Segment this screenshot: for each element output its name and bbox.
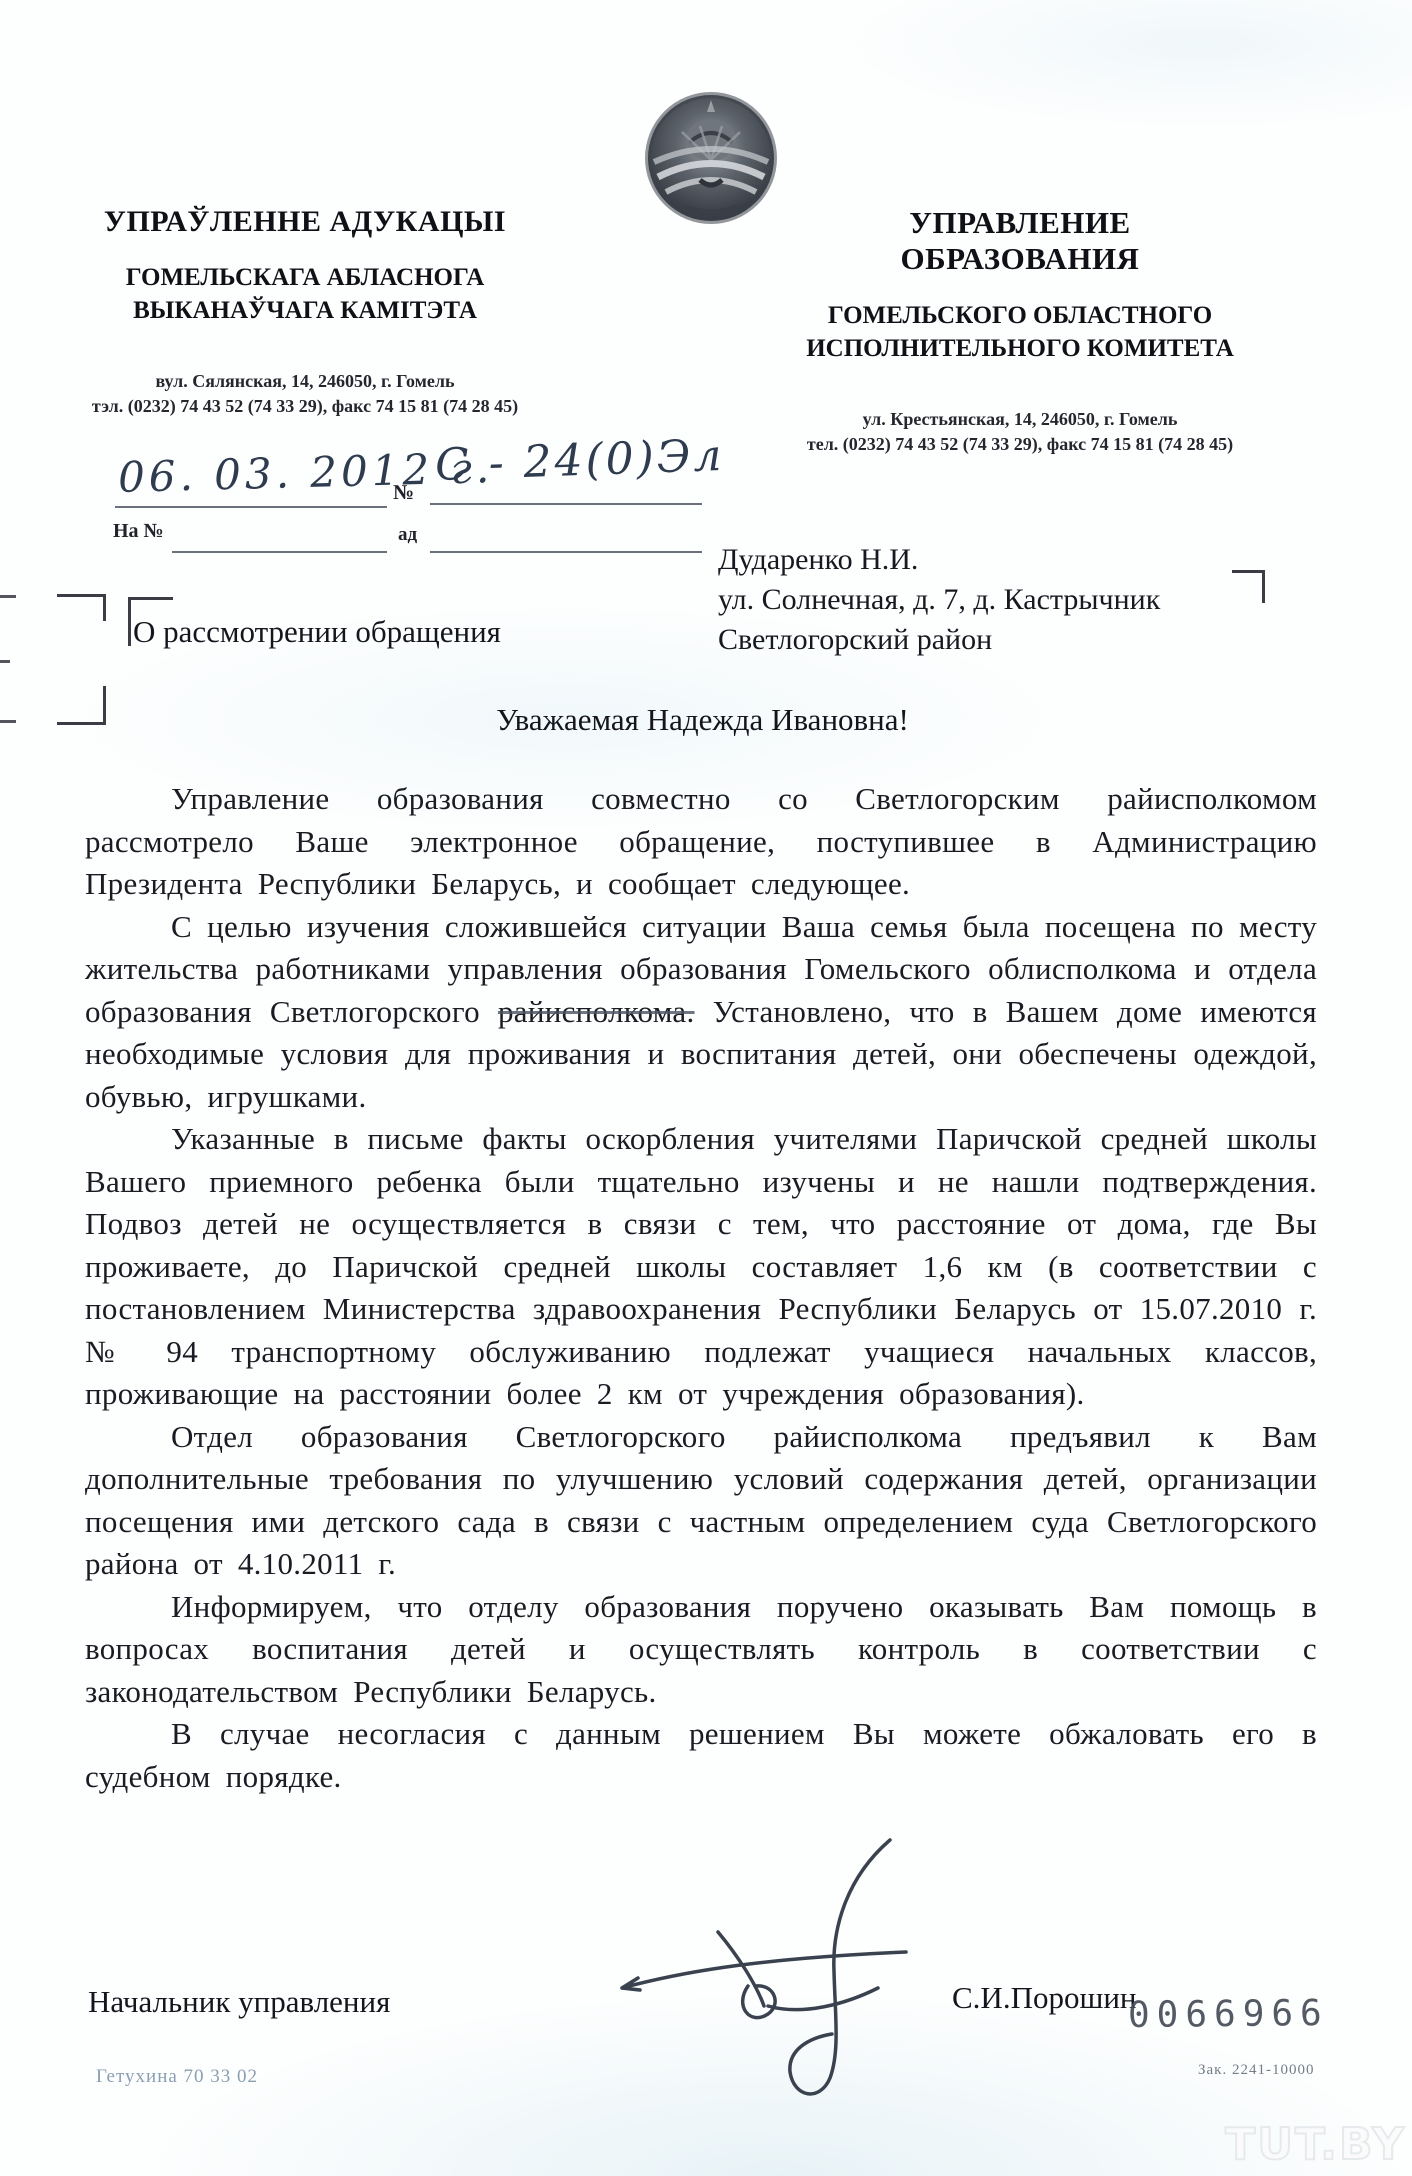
date-underline bbox=[115, 506, 387, 508]
salutation: Уважаемая Надежда Ивановна! bbox=[85, 702, 1320, 738]
subject-line: О рассмотрении обращения bbox=[133, 614, 501, 650]
paragraph-1: Управление образования совместно со Свет… bbox=[85, 778, 1317, 906]
org-name-russian: УПРАВЛЕНИЕ ОБРАЗОВАНИЯ bbox=[800, 205, 1240, 277]
org-phone-russian: тел. (0232) 74 43 52 (74 33 29), факс 74… bbox=[800, 432, 1240, 457]
scan-edge-artifact bbox=[0, 595, 16, 598]
paragraph-3: Указанные в письме факты оскорбления учи… bbox=[85, 1118, 1317, 1416]
scan-edge-artifact bbox=[0, 720, 16, 723]
handwritten-outgoing-number: С - 24(0)Эл bbox=[434, 430, 725, 491]
from-underline bbox=[430, 551, 702, 553]
org-phone-belarusian: тэл. (0232) 74 43 52 (74 33 29), факс 74… bbox=[70, 394, 540, 419]
letterhead-right: УПРАВЛЕНИЕ ОБРАЗОВАНИЯ ГОМЕЛЬСКОГО ОБЛАС… bbox=[800, 205, 1240, 457]
executor-contact: Гетухина 70 33 02 bbox=[96, 2066, 258, 2088]
paragraph-5: Информируем, что отделу образования пору… bbox=[85, 1586, 1317, 1714]
address-corner-mark bbox=[1232, 570, 1265, 603]
letterhead-left: УПРАЎЛЕННЕ АДУКАЦЫІ ГОМЕЛЬСКАГА АБЛАСНОГ… bbox=[70, 205, 540, 419]
print-order-number: Зак. 2241-10000 bbox=[1198, 2062, 1314, 2079]
org-address-belarusian: вул. Сялянская, 14, 246050, г. Гомель bbox=[70, 369, 540, 394]
tutby-watermark: TUT.BY bbox=[1225, 2119, 1406, 2170]
reply-underline bbox=[172, 551, 387, 553]
org-name-belarusian: УПРАЎЛЕННЕ АДУКАЦЫІ bbox=[70, 205, 540, 239]
number-underline bbox=[430, 503, 702, 505]
paragraph-4: Отдел образования Светлогорского райиспо… bbox=[85, 1416, 1317, 1586]
scan-edge-artifact bbox=[0, 660, 10, 663]
from-label: ад bbox=[398, 524, 417, 546]
signer-name: С.И.Порошин bbox=[952, 1980, 1137, 2016]
registration-stamp-number: 0066966 bbox=[1128, 1993, 1329, 2036]
stamp-corner-mark bbox=[57, 594, 106, 621]
scanned-letter-page: УПРАЎЛЕННЕ АДУКАЦЫІ ГОМЕЛЬСКАГА АБЛАСНОГ… bbox=[0, 0, 1412, 2176]
addressee-district: Светлогорский район bbox=[718, 620, 1160, 660]
addressee-block: Дударенко Н.И. ул. Солнечная, д. 7, д. К… bbox=[718, 540, 1160, 660]
paragraph-6: В случае несогласия с данным решением Вы… bbox=[85, 1713, 1317, 1798]
number-label: № bbox=[393, 480, 414, 505]
signature-scribble bbox=[598, 1836, 928, 2111]
struck-word: райисполкома. bbox=[498, 994, 695, 1029]
addressee-street: ул. Солнечная, д. 7, д. Кастрычник bbox=[718, 580, 1160, 620]
signer-title: Начальник управления bbox=[88, 1984, 390, 2020]
addressee-name: Дударенко Н.И. bbox=[718, 540, 1160, 580]
org-address-russian: ул. Крестьянская, 14, 246050, г. Гомель bbox=[800, 407, 1240, 432]
belarus-coat-of-arms-icon bbox=[642, 82, 780, 228]
letter-body: Управление образования совместно со Свет… bbox=[85, 778, 1317, 1798]
reply-to-label: На № bbox=[113, 520, 164, 543]
paragraph-2: С целью изучения сложившейся ситуации Ва… bbox=[85, 906, 1317, 1119]
